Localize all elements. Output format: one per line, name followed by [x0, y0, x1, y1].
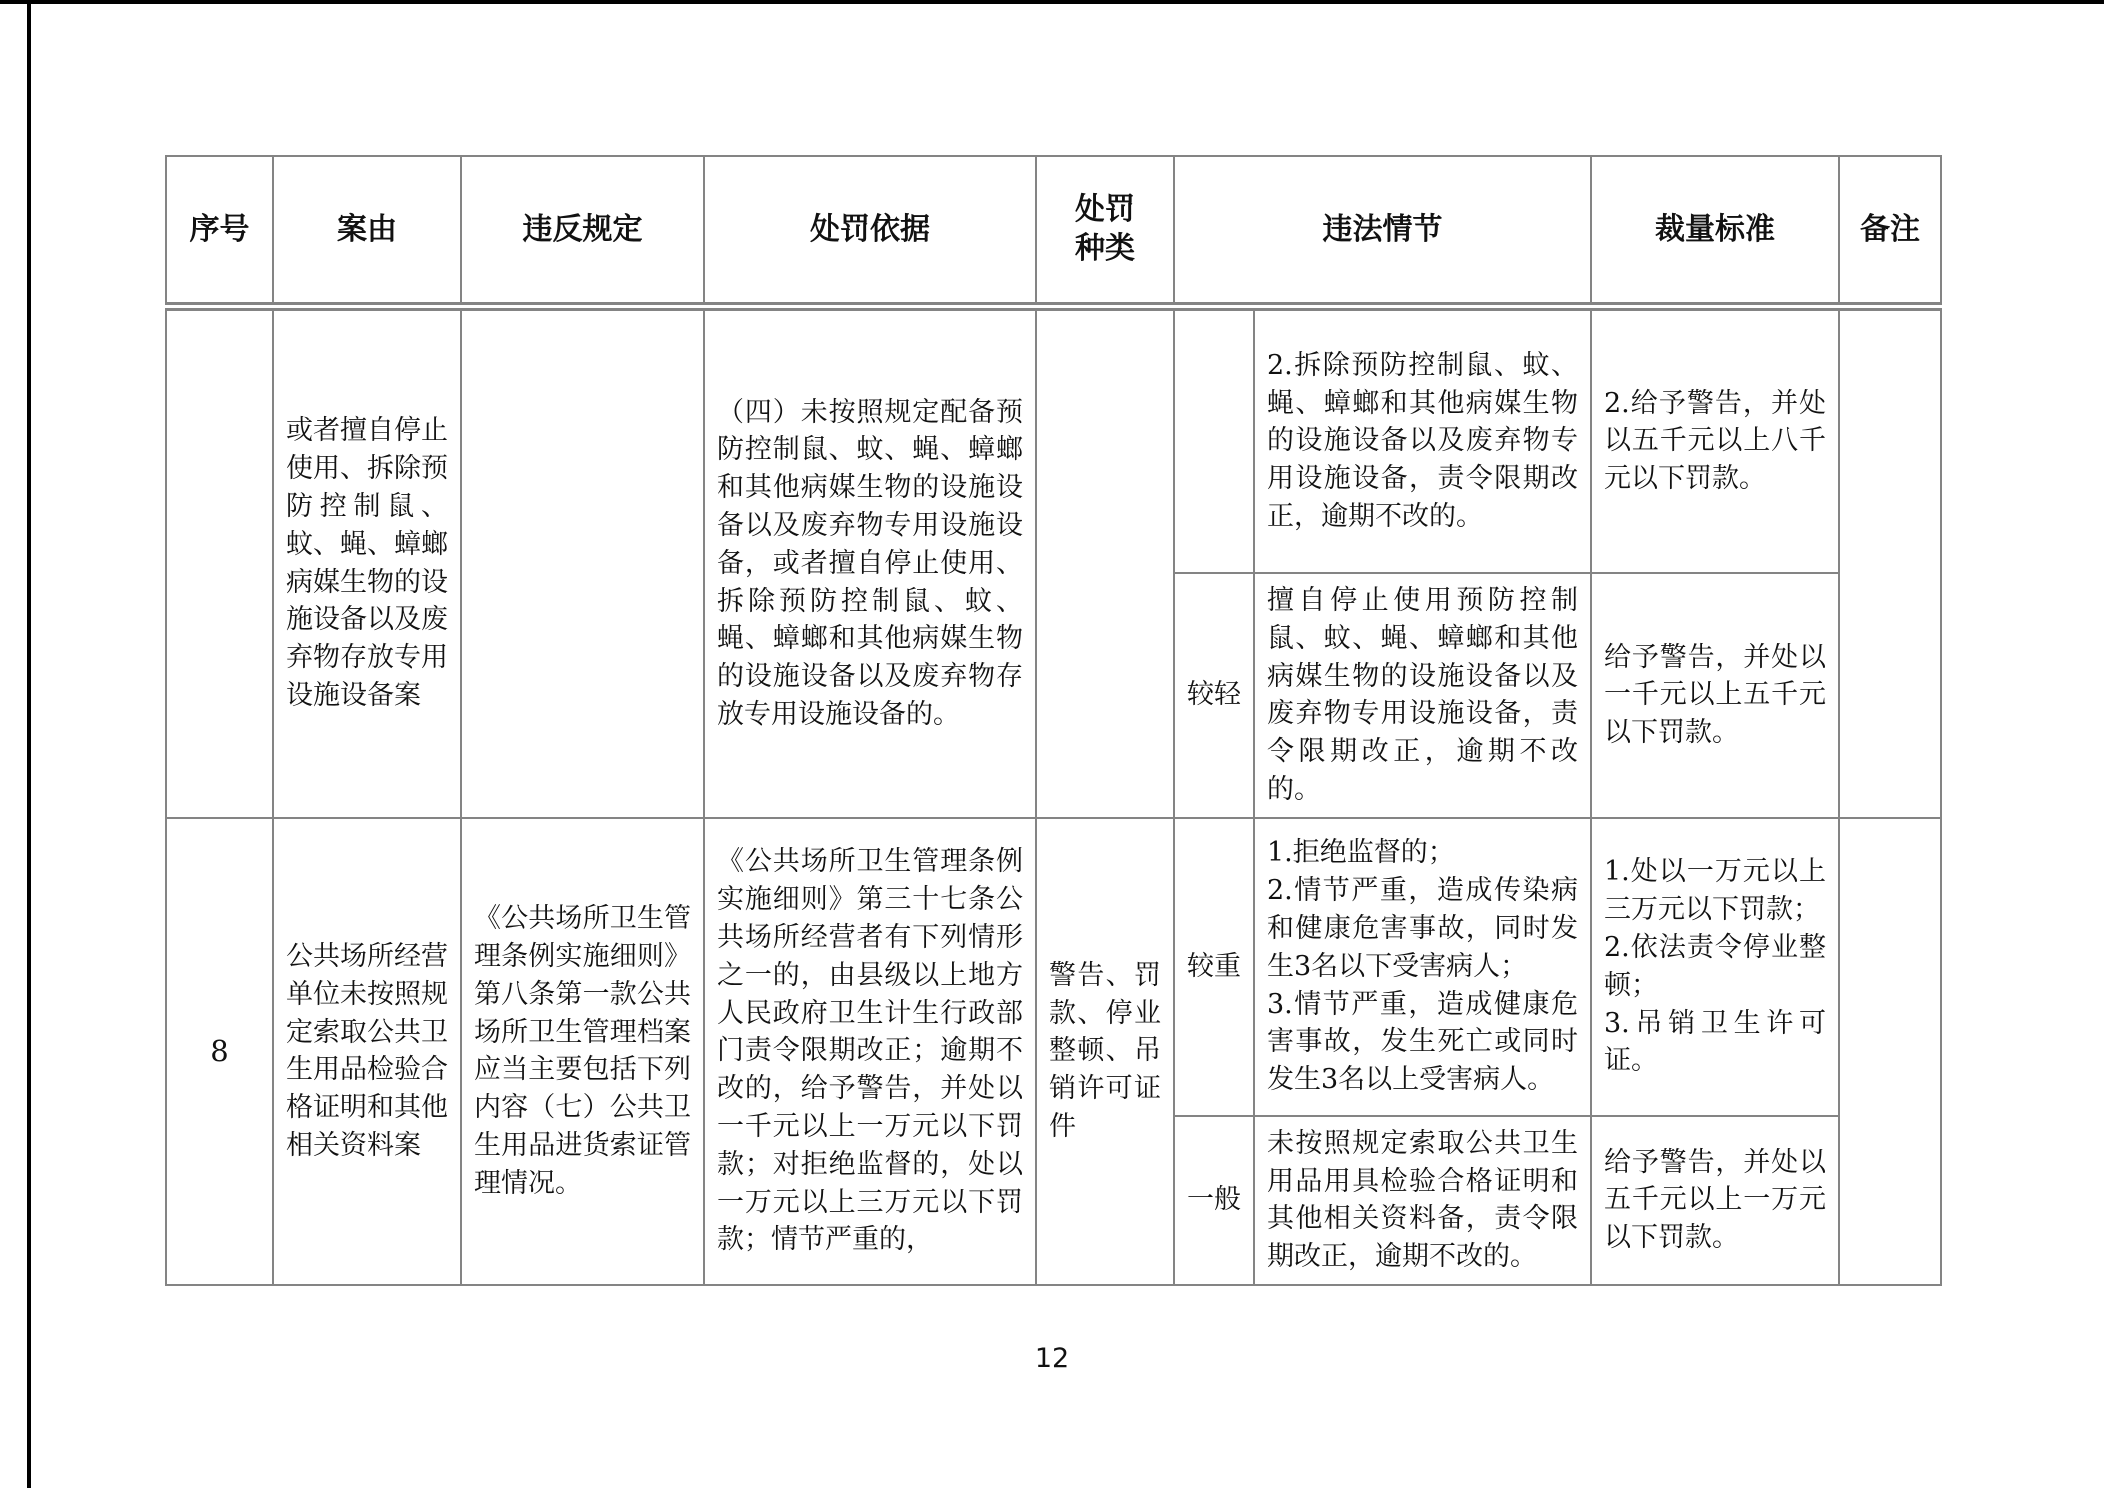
table-row: 8 公共场所经营单位未按照规定索取公共卫生用品检验合格证明和其他相关资料案 《公… [166, 818, 1941, 1116]
col-header-violation: 违反规定 [461, 156, 704, 306]
cell-index: 8 [166, 818, 273, 1285]
cell-severity [1174, 306, 1254, 573]
col-header-penalty-type: 处罚种类 [1036, 156, 1174, 306]
page-edge-left-line [27, 0, 31, 1488]
col-header-index: 序号 [166, 156, 273, 306]
cell-penalty-basis: 《公共场所卫生管理条例实施细则》第三十七条公共场所经营者有下列情形之一的，由县级… [704, 818, 1036, 1285]
document-page: 序号 案由 违反规定 处罚依据 处罚种类 违法情节 裁量标准 备注 或者擅自停止… [0, 0, 2104, 1488]
cell-remarks [1839, 818, 1941, 1285]
cell-severity: 较重 [1174, 818, 1254, 1116]
cell-index [166, 306, 273, 818]
col-header-penalty-basis: 处罚依据 [704, 156, 1036, 306]
table-row: 或者擅自停止使用、拆除预防控制鼠、蚊、蝇、蟑螂病媒生物的设施设备以及废弃物存放专… [166, 306, 1941, 573]
cell-penalty-basis: （四）未按照规定配备预防控制鼠、蚊、蝇、蟑螂和其他病媒生物的设施设备以及废弃物专… [704, 306, 1036, 818]
col-header-standard: 裁量标准 [1591, 156, 1839, 306]
cell-case: 公共场所经营单位未按照规定索取公共卫生用品检验合格证明和其他相关资料案 [273, 818, 461, 1285]
penalty-discretion-table: 序号 案由 违反规定 处罚依据 处罚种类 违法情节 裁量标准 备注 或者擅自停止… [165, 155, 1942, 1286]
col-header-remarks: 备注 [1839, 156, 1941, 306]
cell-standard: 给予警告，并处以五千元以上一万元以下罚款。 [1591, 1116, 1839, 1285]
col-header-case: 案由 [273, 156, 461, 306]
cell-circumstance: 未按照规定索取公共卫生用品用具检验合格证明和其他相关资料备，责令限期改正，逾期不… [1254, 1116, 1591, 1285]
cell-standard: 1.处以一万元以上三万元以下罚款； 2.依法责令停业整顿； 3.吊销卫生许可证。 [1591, 818, 1839, 1116]
cell-penalty-type: 警告、罚款、停业整顿、吊销许可证件 [1036, 818, 1174, 1285]
cell-violation [461, 306, 704, 818]
col-header-circumstances: 违法情节 [1174, 156, 1591, 306]
cell-severity: 较轻 [1174, 573, 1254, 818]
cell-standard: 给予警告，并处以一千元以上五千元以下罚款。 [1591, 573, 1839, 818]
cell-remarks [1839, 306, 1941, 818]
page-edge-top-line [0, 0, 2104, 4]
cell-standard: 2.给予警告，并处以五千元以上八千元以下罚款。 [1591, 306, 1839, 573]
cell-case: 或者擅自停止使用、拆除预防控制鼠、蚊、蝇、蟑螂病媒生物的设施设备以及废弃物存放专… [273, 306, 461, 818]
table-header-row: 序号 案由 违反规定 处罚依据 处罚种类 违法情节 裁量标准 备注 [166, 156, 1941, 306]
cell-circumstance: 1.拒绝监督的； 2.情节严重，造成传染病和健康危害事故，同时发生3名以下受害病… [1254, 818, 1591, 1116]
cell-violation: 《公共场所卫生管理条例实施细则》第八条第一款公共场所卫生管理档案应当主要包括下列… [461, 818, 704, 1285]
page-number: 12 [0, 1343, 2104, 1374]
cell-circumstance: 2.拆除预防控制鼠、蚊、蝇、蟑螂和其他病媒生物的设施设备以及废弃物专用设施设备，… [1254, 306, 1591, 573]
cell-severity: 一般 [1174, 1116, 1254, 1285]
cell-penalty-type [1036, 306, 1174, 818]
cell-circumstance: 擅自停止使用预防控制鼠、蚊、蝇、蟑螂和其他病媒生物的设施设备以及废弃物专用设施设… [1254, 573, 1591, 818]
